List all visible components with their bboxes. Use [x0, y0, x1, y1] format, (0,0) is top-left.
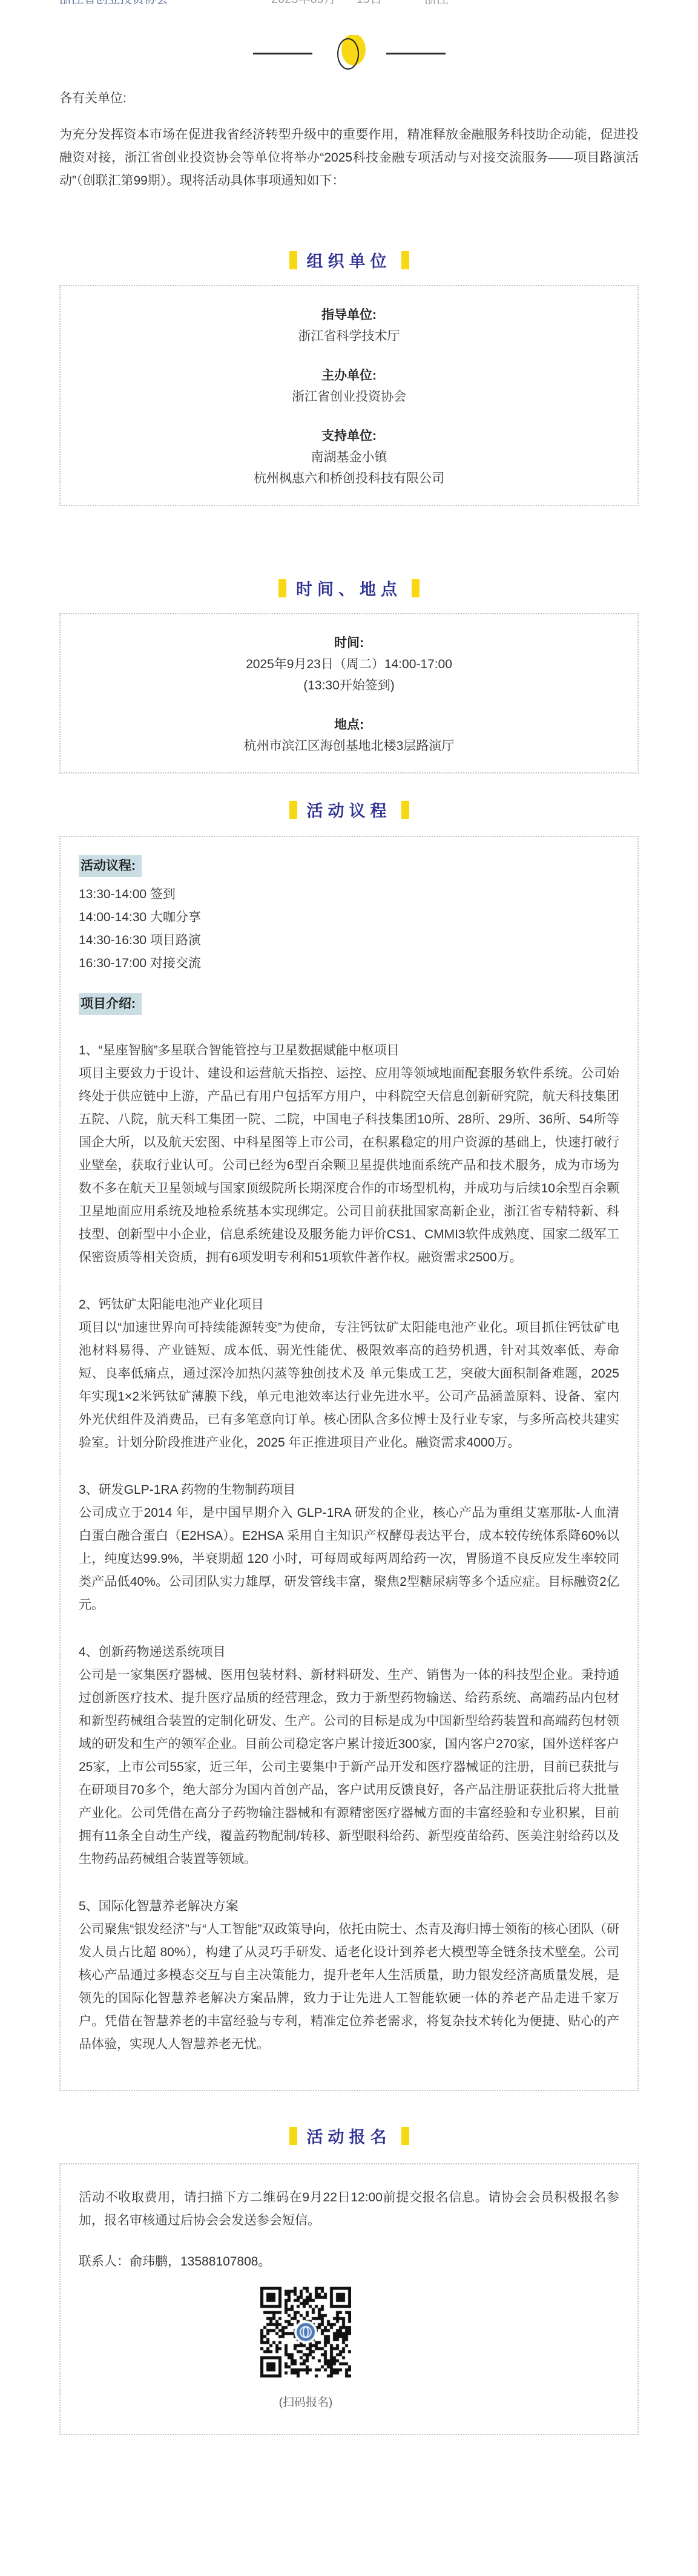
project-title: 5、国际化智慧养老解决方案: [79, 1895, 619, 1918]
time-place-box: 时间: 2025年9月23日（周二）14:00-17:00 (13:30开始签到…: [59, 613, 639, 774]
agenda-item: 14:30-16:30 项目路演: [79, 929, 619, 952]
article-location: 浙江: [424, 0, 449, 6]
qr-code: [260, 2287, 351, 2377]
agenda-item: 16:30-17:00 对接交流: [79, 952, 619, 975]
signup-box: 活动不收取费用，请扫描下方二维码在9月22日12:00前提交报名信息。请协会会员…: [59, 2163, 639, 2435]
section-title: 活动报名: [307, 2124, 392, 2147]
coin-icon: [329, 35, 369, 71]
article-date: 2025年09月: [271, 0, 336, 6]
agenda-box: 活动议程: 13:30-14:00 签到 14:00-14:30 大咖分享 14…: [59, 836, 639, 2091]
project-title: 1、“星座智脑”多星联合智能管控与卫星数据赋能中枢项目: [79, 1039, 619, 1062]
section-divider: [0, 34, 698, 73]
project-title: 2、钙钛矿太阳能电池产业化项目: [79, 1293, 619, 1316]
project-description: 公司是一家集医疗器械、医用包装材料、新材料研发、生产、销售为一体的科技型企业。秉…: [79, 1664, 619, 1871]
organizer-name: 南湖基金小镇: [79, 447, 619, 468]
organizer-group: 主办单位: 浙江省创业投资协会: [79, 365, 619, 407]
wechat-article-meta: 浙江省创业投资协会2025年09月19日浙江: [0, 0, 698, 7]
agenda-item: 14:00-14:30 大咖分享: [79, 906, 619, 929]
qr-caption: (扫码报名): [260, 2393, 351, 2410]
divider-line-left: [253, 53, 312, 54]
article-date-day: 19日: [357, 0, 382, 6]
yellow-bar-icon: [289, 251, 297, 269]
time-group: 时间: 2025年9月23日（周二）14:00-17:00 (13:30开始签到…: [79, 632, 619, 696]
organizer-role-label: 主办单位:: [79, 365, 619, 386]
agenda-list: 13:30-14:00 签到 14:00-14:30 大咖分享 14:30-16…: [79, 883, 619, 975]
section-header-signup: 活动报名: [0, 2124, 698, 2147]
organizers-box: 指导单位: 浙江省科学技术厅 主办单位: 浙江省创业投资协会 支持单位: 南湖基…: [59, 285, 639, 506]
organizer-role-label: 支持单位:: [79, 425, 619, 447]
place-label: 地点:: [79, 714, 619, 735]
event-datetime: 2025年9月23日（周二）14:00-17:00: [79, 654, 619, 675]
qr-wrap: [260, 2287, 351, 2377]
project-item: 1、“星座智脑”多星联合智能管控与卫星数据赋能中枢项目 项目主要致力于设计、建设…: [79, 1039, 619, 1269]
project-description: 公司成立于2014 年，是中国早期介入 GLP-1RA 研发的企业，核心产品为重…: [79, 1502, 619, 1617]
project-description: 项目主要致力于设计、建设和运营航天指控、运控、应用等领域地面配套服务软件系统。公…: [79, 1062, 619, 1269]
event-address: 杭州市滨江区海创基地北楼3层路演厅: [79, 735, 619, 757]
agenda-label: 活动议程:: [79, 855, 142, 877]
section-header-agenda: 活动议程: [0, 798, 698, 821]
section-title: 活动议程: [307, 798, 392, 821]
agenda-item: 13:30-14:00 签到: [79, 883, 619, 906]
organizer-name: 杭州枫惠六和桥创投科技有限公司: [79, 468, 619, 489]
organizer-name: 浙江省创业投资协会: [79, 386, 619, 407]
yellow-bar-icon: [278, 579, 286, 597]
yellow-bar-icon: [412, 579, 420, 597]
organizer-group: 支持单位: 南湖基金小镇 杭州枫惠六和桥创投科技有限公司: [79, 425, 619, 489]
project-title: 3、研发GLP-1RA 药物的生物制药项目: [79, 1479, 619, 1502]
project-item: 2、钙钛矿太阳能电池产业化项目 项目以“加速世界向可持续能源转变”为使命，专注钙…: [79, 1293, 619, 1454]
organizer-name: 浙江省科学技术厅: [79, 326, 619, 347]
project-description: 项目以“加速世界向可持续能源转变”为使命，专注钙钛矿太阳能电池产业化。项目抓住钙…: [79, 1316, 619, 1454]
place-group: 地点: 杭州市滨江区海创基地北楼3层路演厅: [79, 714, 619, 757]
contact-line: 联系人：俞玮鹏，13588107808。: [79, 2250, 619, 2273]
signin-time-note: (13:30开始签到): [79, 675, 619, 696]
yellow-bar-icon: [401, 251, 409, 269]
project-description: 公司聚焦“银发经济”与“人工智能”双政策导向，依托由院士、杰青及海归博士领衔的核…: [79, 1918, 619, 2056]
salutation: 各有关单位:: [59, 88, 698, 107]
project-item: 4、创新药物递送系统项目 公司是一家集医疗器械、医用包装材料、新材料研发、生产、…: [79, 1641, 619, 1871]
project-title: 4、创新药物递送系统项目: [79, 1641, 619, 1664]
signup-notice: 活动不收取费用，请扫描下方二维码在9月22日12:00前提交报名信息。请协会会员…: [79, 2186, 619, 2232]
time-label: 时间:: [79, 632, 619, 654]
yellow-bar-icon: [289, 2127, 297, 2145]
organizer-group: 指导单位: 浙江省科学技术厅: [79, 304, 619, 347]
organizer-role-label: 指导单位:: [79, 304, 619, 326]
yellow-bar-icon: [289, 801, 297, 819]
divider-line-right: [386, 53, 446, 54]
yellow-bar-icon: [401, 801, 409, 819]
section-title: 组织单位: [307, 248, 392, 272]
section-header-time-place: 时间、地点: [0, 576, 698, 600]
intro-paragraph: 为充分发挥资本市场在促进我省经济转型升级中的重要作用，精准释放金融服务科技助企动…: [59, 123, 639, 192]
project-item: 5、国际化智慧养老解决方案 公司聚焦“银发经济”与“人工智能”双政策导向，依托由…: [79, 1895, 619, 2056]
section-header-organizers: 组织单位: [0, 248, 698, 272]
yellow-bar-icon: [401, 2127, 409, 2145]
projects-intro-label: 项目介绍:: [79, 993, 142, 1015]
account-name-link[interactable]: 浙江省创业投资协会: [59, 0, 168, 6]
section-title: 时间、地点: [296, 576, 402, 600]
project-item: 3、研发GLP-1RA 药物的生物制药项目 公司成立于2014 年，是中国早期介…: [79, 1479, 619, 1617]
